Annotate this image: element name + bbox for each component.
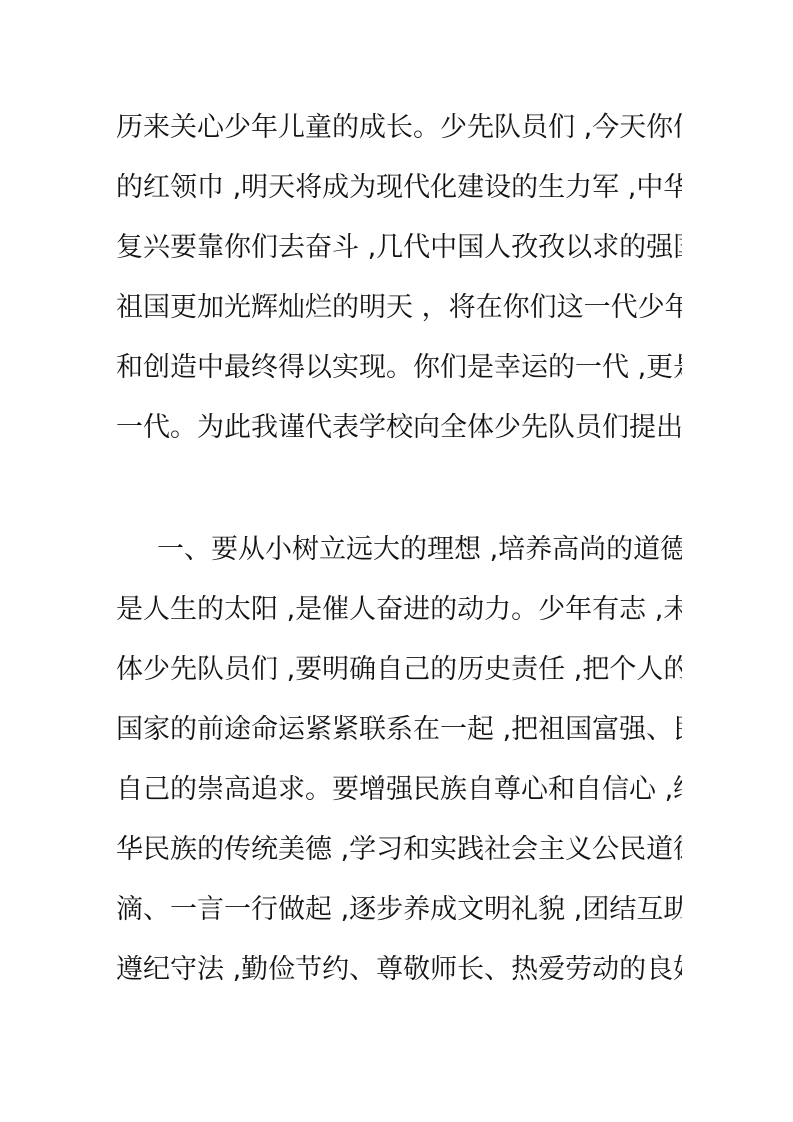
text-line: 遵纪守法 ,勤俭节约、尊敬师长、热爱劳动的良好品行 ,努力 xyxy=(116,940,682,1000)
text-line: 复兴要靠你们去奋斗 ,几代中国人孜孜以求的强国梦想 ,伟大 xyxy=(116,218,682,278)
text-line: 是人生的太阳 ,是催人奋进的动力。少年有志 ,未来有望。全 xyxy=(116,580,682,640)
text-line: 一、要从小树立远大的理想 ,培养高尚的道德情操。理想 xyxy=(116,520,682,580)
text-line: 自己的崇高追求。要增强民族自尊心和自信心 ,继承和发扬中 xyxy=(116,760,682,820)
document-page: 历来关心少年儿童的成长。少先队员们 ,今天你们是天真烂漫 的红领巾 ,明天将成为… xyxy=(0,0,793,1122)
paragraph-intro: 历来关心少年儿童的成长。少先队员们 ,今天你们是天真烂漫 的红领巾 ,明天将成为… xyxy=(116,98,682,458)
text-line: 国家的前途命运紧紧联系在一起 ,把祖国富强、民族振兴作为 xyxy=(116,700,682,760)
text-line: 历来关心少年儿童的成长。少先队员们 ,今天你们是天真烂漫 xyxy=(116,98,682,158)
text-line: 滴、一言一行做起 ,逐步养成文明礼貌 ,团结互助 ,诚实守信、 xyxy=(116,880,682,940)
text-line: 体少先队员们 ,要明确自己的历史责任 ,把个人的奋斗志向同 xyxy=(116,640,682,700)
paragraph-point-one: 一、要从小树立远大的理想 ,培养高尚的道德情操。理想 是人生的太阳 ,是催人奋进… xyxy=(116,520,682,1000)
text-line: 和创造中最终得以实现。你们是幸运的一代 ,更是肩负重任的 xyxy=(116,338,682,398)
text-line: 一代。为此我谨代表学校向全体少先队员们提出几点希望： xyxy=(116,398,682,458)
text-line: 华民族的传统美德 ,学习和实践社会主义公民道德 ,从一点一 xyxy=(116,820,682,880)
document-body: 历来关心少年儿童的成长。少先队员们 ,今天你们是天真烂漫 的红领巾 ,明天将成为… xyxy=(116,98,682,1000)
text-line: 的红领巾 ,明天将成为现代化建设的生力军 ,中华民族的伟大 xyxy=(116,158,682,218)
text-line: 祖国更加光辉灿烂的明天 ，将在你们这一代少年儿童的奋斗 xyxy=(116,278,682,338)
